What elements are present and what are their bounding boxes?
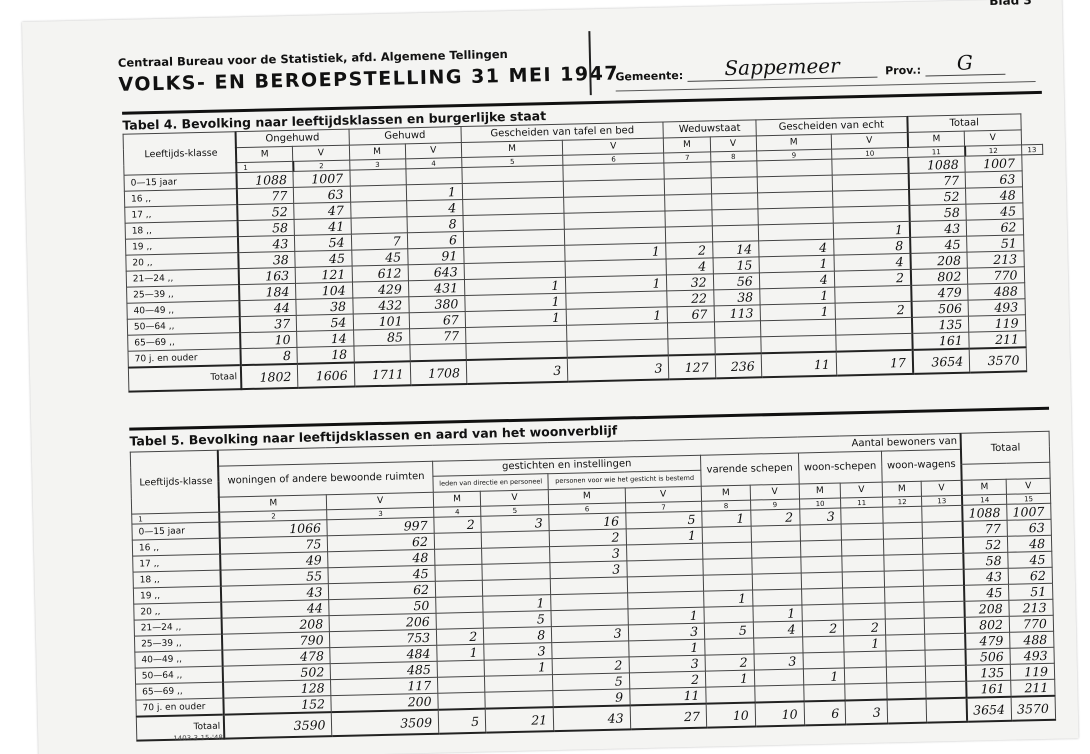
- table-cell: 3: [481, 515, 549, 533]
- table-cell: [924, 602, 965, 619]
- table-cell: 62: [328, 534, 435, 552]
- table-cell: 1066: [220, 520, 328, 538]
- total-cell: 1708: [410, 360, 467, 385]
- table-cell: 1088: [962, 505, 1007, 522]
- table-cell: 8: [407, 216, 464, 233]
- table-cell: 1: [483, 595, 551, 613]
- table-cell: [923, 570, 964, 587]
- table-cell: 1: [484, 659, 552, 677]
- table-cell: 213: [1009, 600, 1053, 617]
- table-cell: 1: [803, 668, 845, 685]
- form-header: Centraal Bureau voor de Statistiek, afd.…: [118, 44, 619, 95]
- table-cell: [843, 603, 885, 620]
- table-cell: 429: [352, 281, 409, 298]
- table-cell: 43: [238, 236, 295, 253]
- table-cell: [351, 217, 408, 234]
- table-cell: 50: [329, 598, 436, 616]
- table-cell: [801, 556, 843, 573]
- table-cell: 67: [668, 306, 714, 323]
- table-cell: [800, 524, 842, 541]
- t5-group: woon-schepen: [798, 451, 882, 484]
- table-cell: 1: [705, 670, 754, 687]
- sex-label: M: [908, 131, 965, 148]
- table-cell: 4: [666, 258, 712, 275]
- sex-label: M: [799, 483, 841, 500]
- table-cell: 117: [331, 678, 438, 696]
- table-cell: 119: [1010, 664, 1054, 681]
- total-cell: 6: [804, 701, 846, 726]
- sex-label: M: [701, 485, 750, 502]
- sex-label: M: [962, 479, 1007, 496]
- total-cell: [887, 699, 927, 724]
- table-cell: [665, 178, 711, 195]
- total-cell: 3570: [969, 348, 1026, 373]
- table-cell: 45: [964, 585, 1009, 602]
- sex-label: V: [625, 486, 702, 503]
- table-cell: 770: [968, 267, 1025, 284]
- table-cell: [926, 682, 967, 699]
- table-cell: 45: [328, 566, 435, 584]
- table-cell: 2: [629, 672, 706, 690]
- table-cell: [757, 191, 832, 209]
- sex-label: M: [236, 146, 293, 163]
- table-cell: 52: [909, 188, 966, 205]
- table-cell: [883, 539, 923, 556]
- table-cell: [800, 540, 842, 557]
- t5-group-total: Totaal: [961, 431, 1050, 464]
- table-cell: 63: [1007, 520, 1051, 537]
- table-cell: 4: [753, 621, 802, 638]
- table-cell: 432: [352, 297, 409, 314]
- table-cell: [923, 554, 964, 571]
- age-class-label: 18 ,,: [133, 571, 221, 589]
- table-cell: [752, 557, 801, 574]
- total-cell: 1606: [298, 363, 355, 388]
- table-cell: 58: [909, 204, 966, 221]
- census-form-sheet: Blad 3 Centraal Bureau voor de Statistie…: [22, 0, 1079, 754]
- table-cell: 1088: [908, 156, 965, 173]
- table4-top-rule: [122, 91, 1042, 115]
- table-cell: 75: [220, 536, 328, 554]
- form-footer-code: 1403-3-15-'48: [173, 734, 223, 743]
- table-cell: 4: [758, 239, 833, 257]
- municipality-field: Gemeente: Sappemeer Prov.: G: [615, 50, 1005, 84]
- table-cell: 56: [713, 273, 759, 290]
- table-cell: [626, 544, 703, 562]
- total-cell: 43: [553, 706, 630, 732]
- table-cell: 211: [969, 331, 1026, 349]
- table-cell: 161: [966, 681, 1011, 699]
- table-cell: [842, 539, 884, 556]
- table-cell: [551, 593, 628, 611]
- table-cell: [885, 603, 925, 620]
- table-cell: [844, 651, 886, 668]
- table-cell: 113: [714, 305, 760, 322]
- table-cell: 1007: [965, 155, 1022, 172]
- total-cell: 3570: [1011, 696, 1055, 721]
- table-cell: 43: [910, 220, 967, 237]
- table-cell: [436, 613, 483, 630]
- sex-label: V: [965, 129, 1022, 146]
- total-cell: [926, 698, 967, 723]
- table-cell: 1: [566, 275, 668, 293]
- table-cell: 62: [1008, 568, 1052, 585]
- table-cell: 37: [240, 316, 297, 333]
- table-cell: 3: [629, 656, 706, 674]
- table-cell: 506: [911, 300, 968, 317]
- table-cell: 506: [966, 649, 1011, 666]
- sex-label: M: [882, 481, 922, 497]
- table-cell: 479: [965, 633, 1010, 650]
- table-cell: 38: [238, 252, 295, 269]
- table-cell: 484: [330, 646, 437, 664]
- table-cell: [886, 635, 926, 652]
- table-cell: 7: [351, 233, 408, 250]
- table-cell: 2: [751, 509, 800, 526]
- table-cell: 208: [965, 601, 1010, 618]
- table-cell: [843, 587, 885, 604]
- table-cell: [755, 685, 804, 703]
- table-cell: [550, 577, 627, 595]
- table-cell: 8: [833, 238, 910, 256]
- table-cell: [754, 637, 803, 654]
- province-label: Prov.:: [885, 64, 921, 78]
- table-cell: [706, 686, 755, 704]
- table-cell: [883, 507, 923, 524]
- table-cell: 2: [552, 657, 629, 675]
- gemeente-value: Sappemeer: [687, 53, 878, 82]
- sex-label: M: [548, 488, 625, 505]
- sex-label: V: [750, 484, 799, 501]
- table-cell: 802: [911, 268, 968, 285]
- table-cell: [665, 210, 711, 227]
- table-cell: 22: [667, 290, 713, 307]
- table-cell: 14: [712, 241, 758, 258]
- table-cell: [924, 618, 965, 635]
- table-cell: [884, 571, 924, 588]
- table5: Leeftijds-klasse Aantal bewoners van Tot…: [130, 431, 1056, 742]
- table-cell: 38: [713, 289, 759, 306]
- table-cell: 48: [328, 550, 435, 568]
- table-cell: [835, 286, 912, 304]
- table-cell: 643: [408, 264, 465, 281]
- table-cell: 14: [297, 330, 354, 347]
- table-cell: [757, 175, 832, 193]
- table-cell: [885, 619, 925, 636]
- table-cell: [702, 526, 751, 543]
- table-cell: 2: [834, 270, 911, 288]
- table-cell: 1: [565, 243, 667, 261]
- table-cell: 1: [759, 287, 834, 305]
- table-cell: 54: [297, 314, 354, 331]
- table-cell: 52: [963, 537, 1008, 554]
- t5-group: varende schepen: [701, 453, 799, 486]
- age-class-label: 70 j. en ouder: [136, 698, 224, 716]
- table-cell: 997: [327, 518, 434, 536]
- sex-label: V: [710, 135, 756, 152]
- table-cell: 3: [628, 624, 705, 642]
- table-cell: [712, 209, 758, 226]
- table-cell: 52: [237, 204, 294, 221]
- table-cell: 493: [968, 299, 1025, 316]
- sex-label: M: [756, 134, 831, 151]
- total-cell: 1802: [241, 364, 298, 389]
- table-cell: 211: [1011, 680, 1055, 697]
- table-cell: 1088: [236, 172, 293, 189]
- table-cell: [886, 651, 926, 668]
- table-cell: 44: [221, 600, 329, 618]
- total-cell: 3: [466, 358, 568, 384]
- table-cell: 380: [409, 296, 466, 313]
- gemeente-label: Gemeente:: [615, 69, 683, 84]
- table-cell: 208: [222, 616, 330, 634]
- table-cell: 1: [704, 590, 753, 607]
- table-cell: [627, 592, 704, 610]
- table-cell: [438, 677, 485, 694]
- province-value: G: [925, 50, 1006, 77]
- table-cell: 51: [967, 235, 1024, 252]
- table-cell: [842, 571, 884, 588]
- table-cell: [802, 636, 844, 653]
- sex-label: V: [405, 142, 462, 159]
- total-cell: 10: [755, 702, 804, 727]
- table-cell: 43: [964, 569, 1009, 586]
- table-cell: 479: [911, 284, 968, 301]
- table-cell: 1: [753, 605, 802, 622]
- table-cell: 790: [222, 632, 330, 650]
- table-cell: [665, 194, 711, 211]
- table-cell: 58: [237, 220, 294, 237]
- t5-row-header: Leeftijds-klasse: [130, 450, 219, 514]
- sex-label: M: [349, 143, 406, 160]
- table4: Leeftijds-klasse Ongehuwd Gehuwd Geschei…: [123, 113, 1049, 393]
- table-cell: 1: [628, 608, 705, 626]
- total-cell: 17: [836, 350, 913, 376]
- sex-label: M: [433, 491, 480, 508]
- table-cell: [886, 667, 926, 684]
- table-cell: [754, 669, 803, 686]
- table-cell: 77: [409, 328, 466, 345]
- table-cell: [485, 691, 553, 709]
- table-cell: [353, 345, 410, 363]
- table-cell: [666, 226, 712, 243]
- total-cell: 3: [567, 356, 669, 382]
- table-cell: 45: [910, 236, 967, 253]
- table-cell: 135: [912, 316, 969, 333]
- table-cell: [410, 344, 467, 362]
- table-cell: 55: [221, 568, 329, 586]
- column-number: 13: [1021, 145, 1043, 155]
- table-cell: [922, 506, 963, 523]
- table-cell: [434, 533, 481, 550]
- sex-label: M: [664, 137, 710, 154]
- table-cell: [926, 666, 967, 683]
- table-cell: [485, 675, 553, 693]
- table-cell: 54: [295, 234, 352, 251]
- table-cell: 121: [295, 266, 352, 283]
- table-cell: [627, 576, 704, 594]
- table-cell: [435, 565, 482, 582]
- table-cell: 62: [329, 582, 436, 600]
- table-cell: 63: [965, 171, 1022, 188]
- sex-label: V: [921, 480, 962, 497]
- table-cell: [803, 684, 845, 701]
- table-cell: 4: [834, 254, 911, 272]
- table-cell: 9: [553, 689, 630, 707]
- table-cell: [668, 322, 714, 339]
- table-cell: 2: [802, 620, 844, 637]
- table-cell: [627, 560, 704, 578]
- total-cell: 3590: [224, 713, 332, 739]
- table-cell: 2: [666, 242, 712, 259]
- table-cell: 41: [294, 218, 351, 235]
- table-cell: [482, 547, 550, 565]
- table-cell: 3: [550, 545, 627, 563]
- table-cell: [832, 158, 909, 176]
- total-label: Totaal: [128, 365, 241, 392]
- table-cell: 91: [407, 248, 464, 265]
- table-cell: [752, 589, 801, 606]
- total-cell: 5: [438, 709, 486, 734]
- table-cell: 43: [221, 584, 329, 602]
- table-cell: [714, 321, 760, 338]
- table-cell: 161: [912, 332, 969, 350]
- table-cell: 502: [223, 664, 331, 682]
- table-cell: 1: [465, 309, 567, 327]
- table-cell: 10: [240, 332, 297, 349]
- sex-label: V: [293, 145, 350, 162]
- table-cell: 1: [465, 293, 567, 311]
- table-cell: 45: [295, 250, 352, 267]
- table-cell: [482, 579, 550, 597]
- table-cell: [705, 638, 754, 655]
- table-cell: 5: [625, 512, 702, 530]
- table-cell: 163: [239, 268, 296, 285]
- table-cell: 77: [909, 172, 966, 189]
- table-cell: 2: [549, 529, 626, 547]
- table-cell: 45: [1008, 552, 1052, 569]
- table-cell: 1: [833, 222, 910, 240]
- table-cell: 63: [294, 186, 351, 203]
- table-cell: 62: [967, 219, 1024, 236]
- table-cell: 206: [330, 614, 437, 632]
- table-cell: 1: [702, 510, 751, 527]
- table-cell: 2: [705, 654, 754, 671]
- table-cell: [836, 334, 913, 352]
- table-cell: [437, 661, 484, 678]
- table-cell: [801, 588, 843, 605]
- table-cell: [841, 507, 883, 524]
- table-cell: 15: [713, 257, 759, 274]
- table-cell: [668, 338, 714, 356]
- table-cell: [435, 581, 482, 598]
- table-cell: [703, 558, 752, 575]
- total-cell: 11: [761, 352, 837, 378]
- table-cell: [832, 190, 909, 208]
- table-cell: [884, 555, 924, 572]
- table-cell: 431: [408, 280, 465, 297]
- table-cell: [435, 549, 482, 566]
- table-cell: [710, 161, 756, 178]
- table-cell: [436, 597, 483, 614]
- table-cell: 1: [760, 303, 835, 321]
- table-cell: [703, 574, 752, 591]
- sex-label: V: [480, 489, 548, 506]
- table-cell: [711, 177, 757, 194]
- table-cell: [664, 162, 710, 179]
- table-cell: [551, 609, 628, 627]
- table-cell: 3: [754, 653, 803, 670]
- table-cell: [712, 225, 758, 242]
- table-cell: 104: [296, 282, 353, 299]
- table-cell: 4: [406, 200, 463, 217]
- table-cell: 11: [629, 688, 706, 706]
- table-cell: [751, 525, 800, 542]
- table-cell: [350, 201, 407, 218]
- table-cell: 770: [1009, 616, 1053, 633]
- table-cell: [842, 555, 884, 572]
- table-cell: [711, 193, 757, 210]
- table-cell: 16: [549, 513, 626, 531]
- table-cell: 3: [552, 625, 629, 643]
- table-cell: 45: [351, 249, 408, 266]
- table-cell: 2: [434, 517, 481, 534]
- table-cell: [758, 207, 833, 225]
- table-cell: [752, 573, 801, 590]
- total-cell: 10: [706, 703, 755, 728]
- total-cell: 127: [669, 355, 716, 380]
- table-cell: 488: [968, 283, 1025, 300]
- table-cell: 2: [436, 629, 483, 646]
- table-cell: 1: [626, 528, 703, 546]
- table-cell: 1007: [293, 170, 350, 187]
- table-cell: [801, 572, 843, 589]
- table-cell: 51: [1009, 584, 1053, 601]
- sex-label: V: [840, 482, 882, 499]
- table-cell: 58: [964, 553, 1009, 570]
- table-cell: 77: [237, 188, 294, 205]
- total-cell: 3654: [967, 697, 1012, 722]
- table-cell: 1: [759, 255, 834, 273]
- table-cell: [761, 335, 836, 353]
- table-cell: 478: [222, 648, 330, 666]
- table-cell: 119: [969, 315, 1026, 332]
- table-cell: 44: [239, 300, 296, 317]
- table-cell: [832, 174, 909, 192]
- table-cell: 1: [628, 640, 705, 658]
- table-cell: 45: [966, 203, 1023, 220]
- table-cell: [751, 541, 800, 558]
- table-cell: 1007: [1007, 504, 1051, 521]
- page-number: Blad 3: [989, 0, 1032, 8]
- table-cell: [925, 650, 966, 667]
- table-cell: [760, 319, 835, 337]
- t4-row-header: Leeftijds-klasse: [123, 132, 236, 176]
- table-cell: 8: [484, 627, 552, 645]
- table-cell: [922, 522, 963, 539]
- table-cell: 612: [352, 265, 409, 282]
- table-cell: 48: [966, 187, 1023, 204]
- table-cell: [714, 337, 761, 355]
- table-cell: 48: [1008, 536, 1052, 553]
- table-cell: 1: [437, 645, 484, 662]
- total-cell: 27: [630, 704, 707, 730]
- table-cell: [923, 538, 964, 555]
- age-class-label: 25—39 ,,: [134, 634, 222, 652]
- sex-label: V: [831, 132, 908, 149]
- table-cell: 85: [353, 329, 410, 346]
- table-cell: [802, 604, 844, 621]
